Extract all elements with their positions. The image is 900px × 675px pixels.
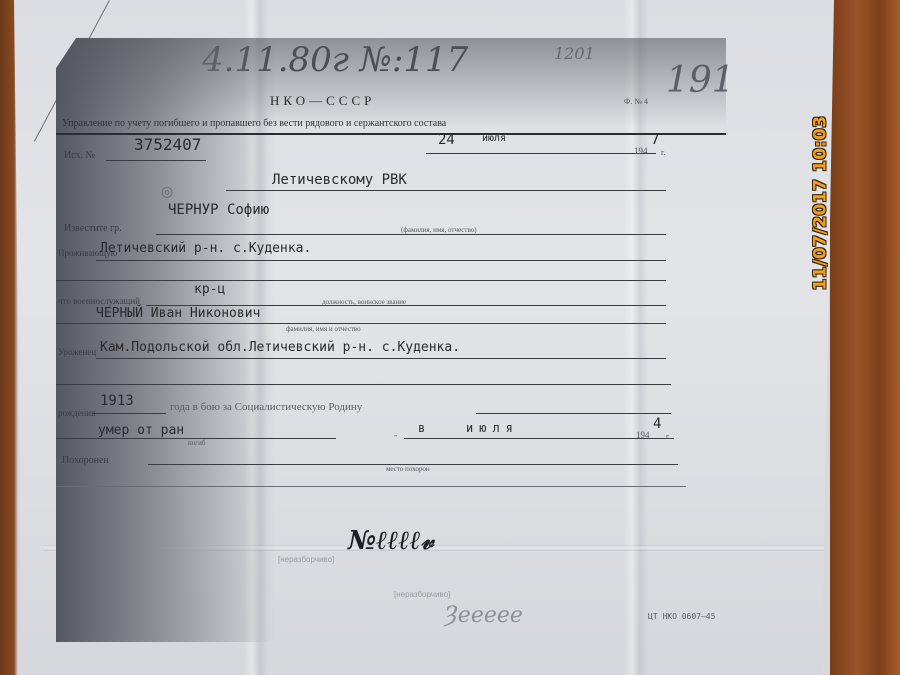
faint-signature: Ȝеееее	[444, 603, 523, 628]
stamp-text-partial: [неразборчиво]	[394, 590, 450, 599]
fate-value: умер от ран	[98, 423, 184, 438]
stamp-text-partial: [неразборчиво]	[278, 555, 334, 564]
camera-timestamp: 11/07/2017 10:03	[806, 88, 836, 318]
outgoing-number: 3752407	[134, 135, 201, 154]
print-code: ЦТ НКО 0607—45	[648, 612, 715, 621]
date-day: 24	[438, 132, 455, 148]
death-year-prefix: 194	[636, 430, 650, 440]
residence-value: Летичевский р-н. с.Куденка.	[100, 241, 311, 256]
serviceman-name-caption: фамилия, имя и отчество	[286, 325, 361, 333]
buried-label: Похоронен	[62, 455, 109, 466]
fate-caption: погиб	[188, 439, 205, 447]
notify-caption: (фамилия, имя, отчество)	[401, 226, 477, 234]
birth-year: 1913	[100, 393, 134, 409]
date-month: июля	[482, 133, 506, 144]
punch-hole-icon: ◎	[161, 183, 173, 200]
signature: №ℓℓℓℓ𝓋	[348, 526, 434, 557]
battle-text: года в бою за Социалистическую Родину	[170, 401, 362, 413]
birthplace-value: Кам.Подольской обл.Летичевский р-н. с.Ку…	[100, 340, 460, 355]
wooden-table-right	[830, 0, 900, 675]
death-year-suffix: 4	[653, 416, 661, 432]
date-year-suffix: 7	[651, 132, 659, 148]
death-month: июля	[466, 421, 519, 435]
authority-title: НКО—СССР	[270, 93, 375, 109]
death-quote: „	[394, 430, 397, 438]
notify-name: ЧЕРНУР Софию	[168, 202, 269, 218]
form-number: Ф. № 4	[624, 97, 648, 106]
serviceman-rank-caption: должность, воинское звание	[322, 298, 406, 306]
serviceman-rank: кр-ц	[194, 282, 225, 297]
department-line: Управление по учету погибшего и пропавше…	[62, 118, 446, 129]
death-notice-form: НКО—СССР Ф. № 4 Управление по учету поги…	[56, 38, 726, 642]
outgoing-label: Исх. №	[64, 150, 95, 161]
serviceman-name: ЧЕРНЫЙ Иван Никонович	[96, 306, 260, 321]
birth-label: рождения	[58, 408, 95, 418]
serviceman-label: что военнослужащий	[58, 296, 140, 306]
date-year-prefix: 194	[634, 146, 648, 156]
birthplace-label: Уроженец	[58, 347, 96, 357]
recipient: Летичевскому РВК	[272, 172, 407, 188]
death-day: в	[418, 421, 425, 435]
paper-sheet: 4.11.80г №:117 1201 191 НКО—СССР Ф. № 4 …	[14, 0, 834, 675]
death-year-unit: г.	[666, 432, 670, 441]
date-year-unit: г.	[661, 148, 665, 157]
notify-label: Известите гр.	[64, 223, 122, 234]
burial-caption: место похорон	[386, 465, 430, 473]
